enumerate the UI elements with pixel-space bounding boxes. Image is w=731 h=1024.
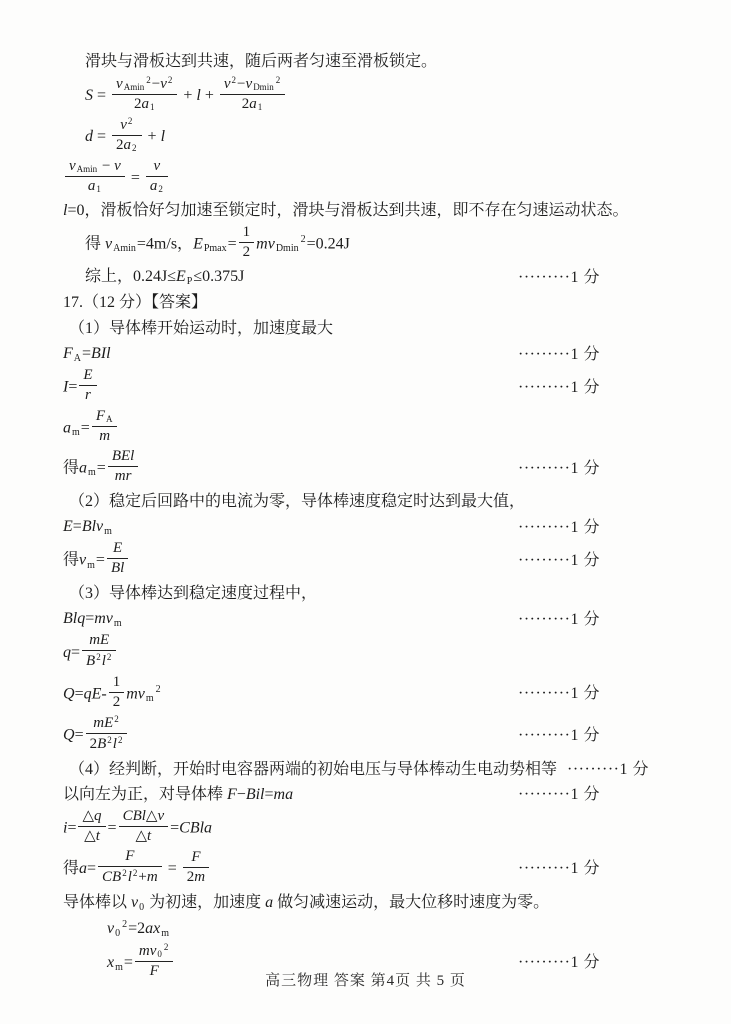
formula-I: I=Er·········1 分	[63, 369, 695, 407]
math-var: Q	[63, 727, 75, 744]
text-run: +	[201, 86, 218, 103]
formula-FA: FA=BIl·········1 分	[63, 343, 695, 366]
math-var: Bl	[111, 560, 124, 576]
line-content: 以向左为正，对导体棒 F−Bil=ma	[63, 784, 293, 806]
math-var: d	[85, 128, 93, 145]
math-var: a	[124, 137, 132, 153]
math-var: E	[176, 268, 186, 285]
math-var: E	[113, 540, 122, 556]
fraction: BElmr	[108, 448, 139, 486]
text-run: △	[82, 808, 94, 824]
text-run: 导体棒以	[63, 894, 131, 911]
line-content: S = vAmin2−v22a1 + l + v2−vDmin22a1	[85, 77, 287, 116]
line-content: （4）经判断，开始时电容器两端的初始电压与导体棒动生电动势相等	[69, 759, 557, 781]
denominator: 2m	[183, 868, 209, 886]
fraction: CBl△v△t	[119, 808, 169, 846]
line-content: 得vm=EBl	[63, 542, 130, 580]
line-content: am=FAm	[63, 410, 119, 448]
text-run: △	[146, 808, 158, 824]
formula-velocity-ratio: vAmin − va1 = va2	[63, 160, 695, 198]
formula-v0: v02=2axm	[63, 918, 695, 941]
text-run: △	[84, 828, 96, 844]
part-4-label: （4）经判断，开始时电容器两端的初始电压与导体棒动生电动势相等·········…	[63, 759, 695, 782]
score-mark: ·········1 分	[518, 858, 600, 880]
numerator: vAmin − v	[65, 158, 125, 177]
subscript: Amin	[77, 164, 98, 174]
formula-vm-result: 得vm=EBl·········1 分	[63, 542, 695, 580]
denominator: a1	[65, 177, 125, 195]
formula-Blq: Blq=mvm·········1 分	[63, 608, 695, 631]
score-mark: ·········1 分	[518, 266, 600, 288]
text-run: =	[81, 419, 90, 436]
numerator: mE	[82, 632, 116, 651]
subscript: m	[87, 560, 95, 571]
numerator: v	[146, 158, 168, 177]
fraction: v2−vDmin22a1	[220, 75, 285, 114]
formula-am: am=FAm	[63, 410, 695, 448]
text-run: −	[237, 786, 246, 803]
line-content: 滑块与滑板达到共速，随后两者匀速至滑板锁定。	[85, 51, 437, 73]
line-content: Blq=mvm	[63, 608, 123, 631]
line-content: d = v22a2 + l	[85, 118, 165, 157]
text-run: 为初速，加速度	[145, 894, 265, 911]
subscript: Dmin	[253, 82, 274, 92]
math-var: a	[79, 459, 87, 476]
numerator: E	[79, 367, 96, 386]
math-var: t	[96, 828, 100, 844]
score-mark: ·········1 分	[518, 458, 600, 480]
formula-i: i=△q△t=CBl△v△t=CBla	[63, 810, 695, 848]
text-run: =	[85, 610, 94, 627]
text-run: =	[67, 819, 76, 836]
line-content: q=mEB2l2	[63, 634, 118, 673]
math-var: v	[120, 117, 127, 133]
text-run: 2	[113, 694, 121, 710]
text-run: 1	[113, 674, 121, 690]
fraction: △q△t	[78, 808, 105, 846]
subscript: A	[106, 414, 113, 424]
line-content: i=△q△t=CBl△v△t=CBla	[63, 810, 212, 848]
math-var: a	[265, 894, 273, 911]
subscript: 0	[115, 928, 120, 939]
math-var: qE	[84, 685, 102, 702]
document-content: 滑块与滑板达到共速，随后两者匀速至滑板锁定。S = vAmin2−v22a1 +…	[63, 48, 695, 985]
subscript: m	[161, 928, 169, 939]
math-var: BEl	[112, 448, 135, 464]
line-content: （1）导体棒开始运动时，加速度最大	[69, 318, 333, 340]
text-run: 2	[116, 137, 124, 153]
superscript: 2	[133, 868, 138, 878]
line-content: 得a=FCB2l2+m = F2m	[63, 850, 211, 889]
line-content: I=Er	[63, 369, 99, 407]
formula-q: q=mEB2l2	[63, 634, 695, 673]
denominator: 2	[109, 693, 125, 711]
formula-d: d = v22a2 + l	[63, 118, 695, 157]
math-var: r	[85, 387, 91, 403]
part-3-label: （3）导体棒达到稳定速度过程中，	[63, 583, 695, 606]
math-var: v	[157, 808, 164, 824]
text-run: 2	[90, 736, 98, 752]
text-run: −	[98, 158, 114, 174]
text-run: =	[93, 128, 110, 145]
text-run: =	[96, 552, 105, 569]
text-run: =4m/s，	[137, 235, 193, 252]
subscript: Dmin	[276, 243, 299, 254]
line-content: l=0，滑板恰好匀加速至锁定时，滑块与滑板达到共速，即不存在匀速运动状态。	[63, 200, 628, 222]
math-var: E	[83, 367, 92, 383]
numerator: vAmin2−v2	[112, 75, 177, 95]
superscript: 2	[122, 919, 127, 930]
math-var: S	[85, 86, 93, 103]
superscript: 2	[118, 735, 123, 745]
text-run: =	[164, 860, 181, 877]
superscript: 2	[168, 75, 173, 85]
numerator: FA	[92, 408, 118, 427]
math-var: a	[79, 860, 87, 877]
denominator: 2a2	[112, 136, 142, 154]
fraction: mE22B2l2	[86, 714, 128, 754]
math-var: CBl	[123, 808, 146, 824]
para-l-zero: l=0，滑板恰好匀加速至锁定时，滑块与滑板达到共速，即不存在匀速运动状态。	[63, 200, 695, 223]
numerator: BEl	[108, 448, 139, 467]
text-run: 得	[85, 235, 105, 252]
math-var: v	[116, 76, 123, 92]
subscript: 1	[96, 184, 101, 194]
formula-S: S = vAmin2−v22a1 + l + v2−vDmin22a1	[63, 77, 695, 116]
fraction: 12	[109, 674, 125, 712]
page-footer: 高三物理 答案 第4页 共 5 页	[0, 969, 731, 990]
formula-Q-energy: Q=qE-12mvm2·········1 分	[63, 676, 695, 714]
numerator: E	[107, 540, 128, 559]
text-run: =	[170, 819, 179, 836]
fraction: EBl	[107, 540, 128, 578]
math-var: l	[102, 653, 106, 669]
text-run: =	[68, 378, 77, 395]
text-run: =	[265, 786, 274, 803]
numerator: F	[183, 849, 209, 868]
text-run: =	[73, 518, 82, 535]
fraction: mEB2l2	[82, 632, 116, 671]
math-var: Blv	[82, 518, 103, 535]
text-run: −	[237, 76, 245, 92]
subscript: P	[187, 276, 193, 287]
math-var: l	[128, 869, 132, 885]
text-run: -	[101, 685, 106, 702]
math-var: l	[161, 128, 165, 145]
math-var: q	[94, 808, 102, 824]
text-run: =	[71, 644, 80, 661]
math-var: mr	[115, 468, 132, 484]
math-var: CB	[102, 869, 121, 885]
superscript: 2	[164, 942, 169, 952]
text-run: （1）导体棒开始运动时，加速度最大	[69, 320, 333, 337]
text-run: =0，滑板恰好匀加速至锁定时，滑块与滑板达到共速，即不存在匀速运动状态。	[67, 202, 628, 219]
math-var: l	[113, 736, 117, 752]
math-var: v	[224, 76, 231, 92]
text-run: 17.（12 分）【答案】	[63, 294, 207, 311]
math-var: x	[107, 954, 114, 971]
text-run: =	[87, 860, 96, 877]
para-decel: 导体棒以 v0 为初速，加速度 a 做匀减速运动，最大位移时速度为零。	[63, 892, 695, 915]
numerator: mE2	[86, 714, 128, 734]
math-var: ax	[145, 920, 160, 937]
superscript: 2	[156, 684, 161, 695]
math-var: mE	[89, 632, 109, 648]
fraction: vAmin2−v22a1	[112, 75, 177, 114]
text-run: 以向左为正，对导体棒	[63, 786, 227, 803]
text-run: =2	[128, 920, 145, 937]
subscript: m	[104, 526, 112, 537]
math-var: v	[131, 894, 138, 911]
superscript: 2	[276, 75, 281, 85]
superscript: 2	[301, 234, 306, 245]
numerator: F	[98, 848, 162, 867]
math-var: v	[107, 920, 114, 937]
fraction: F2m	[183, 849, 209, 887]
math-var: E	[63, 518, 73, 535]
score-mark: ·········1 分	[518, 550, 600, 572]
superscript: 2	[107, 652, 112, 662]
line-content: 导体棒以 v0 为初速，加速度 a 做匀减速运动，最大位移时速度为零。	[63, 892, 549, 915]
denominator: △t	[119, 827, 169, 845]
math-var: mv	[139, 943, 157, 959]
text-run: =	[75, 685, 84, 702]
subscript: Amin	[113, 243, 136, 254]
text-run: −	[152, 76, 160, 92]
math-var: m	[194, 869, 205, 885]
line-content: （3）导体棒达到稳定速度过程中，	[69, 583, 317, 605]
formula-a-result: 得a=FCB2l2+m = F2m·········1 分	[63, 850, 695, 889]
text-run: 1	[243, 224, 251, 240]
denominator: m	[92, 427, 118, 445]
text-run: +	[138, 869, 146, 885]
numerator: mv02	[135, 942, 174, 962]
text-run: △	[135, 828, 147, 844]
math-var: a	[150, 178, 158, 194]
part-1-label: （1）导体棒开始运动时，加速度最大	[63, 318, 695, 341]
text-run: 得	[63, 552, 79, 569]
math-var: v	[69, 158, 76, 174]
math-var: Q	[63, 685, 75, 702]
math-var: mv	[256, 235, 275, 252]
math-var: F	[63, 345, 73, 362]
math-var: v	[154, 158, 161, 174]
subscript: Pmax	[204, 243, 227, 254]
text-run: 滑块与滑板达到共速，随后两者匀速至滑板锁定。	[85, 53, 437, 70]
superscript: 2	[107, 735, 112, 745]
math-var: B	[97, 736, 106, 752]
math-var: t	[147, 828, 151, 844]
score-mark: ·········1 分	[518, 784, 600, 806]
math-var: F	[125, 848, 134, 864]
numerator: v2−vDmin2	[220, 75, 285, 95]
fraction: Er	[79, 367, 96, 405]
math-var: Bil	[246, 786, 265, 803]
text-run: =	[97, 459, 106, 476]
math-var: CBla	[179, 819, 212, 836]
math-var: m	[147, 869, 158, 885]
fraction: va2	[146, 158, 168, 196]
superscript: 2	[122, 868, 127, 878]
fraction: 12	[239, 224, 255, 262]
formula-vamin-result: 得 vAmin=4m/s，EPmax=12mvDmin2=0.24J	[63, 226, 695, 264]
line-content: Q=mE22B2l2	[63, 716, 129, 756]
text-run: =	[124, 954, 133, 971]
text-run: 综上，0.24J≤	[85, 268, 176, 285]
score-mark: ·········1 分	[518, 516, 600, 538]
para-common-speed: 滑块与滑板达到共速，随后两者匀速至滑板锁定。	[63, 51, 695, 74]
numerator: CBl△v	[119, 808, 169, 827]
math-var: a	[63, 419, 71, 436]
fraction: v22a2	[112, 116, 142, 155]
math-var: F	[227, 786, 237, 803]
line-content: v02=2axm	[107, 918, 170, 941]
math-var: v	[114, 158, 121, 174]
para-direction: 以向左为正，对导体棒 F−Bil=ma·········1 分	[63, 784, 695, 807]
question-17-header: 17.（12 分）【答案】	[63, 292, 695, 315]
text-run: =	[82, 345, 91, 362]
denominator: 2B2l2	[86, 734, 128, 753]
math-var: F	[191, 849, 200, 865]
subscript: m	[88, 467, 96, 478]
denominator: mr	[108, 467, 139, 485]
denominator: CB2l2+m	[98, 867, 162, 886]
subscript: 2	[158, 184, 163, 194]
subscript: Amin	[124, 82, 145, 92]
formula-am-result: 得am=BElmr·········1 分	[63, 450, 695, 488]
line-content: FA=BIl	[63, 343, 111, 366]
line-content: vAmin − va1 = va2	[63, 160, 170, 198]
numerator: 1	[239, 224, 255, 243]
text-run: =0.24J	[307, 235, 350, 252]
text-run: =	[75, 727, 84, 744]
formula-Q-result: Q=mE22B2l2·········1 分	[63, 716, 695, 756]
subscript: m	[146, 693, 154, 704]
score-mark: ·········1 分	[518, 608, 600, 630]
superscript: 2	[232, 75, 237, 85]
text-run: 得	[63, 459, 79, 476]
line-content: 得am=BElmr	[63, 450, 140, 488]
math-var: a	[141, 96, 149, 112]
subscript: 2	[132, 143, 137, 153]
denominator: 2	[239, 243, 255, 261]
numerator: v2	[112, 116, 142, 136]
text-run: （3）导体棒达到稳定速度过程中，	[69, 585, 317, 602]
text-run: +	[179, 86, 196, 103]
math-var: v	[79, 552, 86, 569]
math-var: a	[88, 178, 96, 194]
line-content: 综上，0.24J≤EP≤0.375J	[85, 266, 244, 289]
denominator: 2a1	[112, 95, 177, 113]
superscript: 2	[96, 652, 101, 662]
score-mark: ·········1 分	[518, 343, 600, 365]
subscript: 1	[258, 102, 263, 112]
math-var: F	[96, 408, 105, 424]
math-var: mv	[94, 610, 113, 627]
part-2-label: （2）稳定后回路中的电流为零，导体棒速度稳定时达到最大值，	[63, 491, 695, 514]
subscript: A	[74, 353, 81, 364]
math-var: ma	[274, 786, 294, 803]
text-run: 做匀减速运动，最大位移时速度为零。	[273, 894, 549, 911]
line-content: （2）稳定后回路中的电流为零，导体棒速度稳定时达到最大值，	[69, 491, 525, 513]
superscript: 2	[146, 75, 151, 85]
text-run: +	[144, 128, 161, 145]
subscript: m	[72, 427, 80, 438]
math-var: mv	[126, 685, 145, 702]
math-var: E	[193, 235, 203, 252]
text-run: =	[228, 235, 237, 252]
text-run: ≤0.375J	[193, 268, 244, 285]
math-var: q	[63, 644, 71, 661]
line-content: E=Blvm	[63, 516, 113, 539]
answer-sheet-page: 滑块与滑板达到共速，随后两者匀速至滑板锁定。S = vAmin2−v22a1 +…	[0, 0, 731, 1024]
subscript: m	[114, 618, 122, 629]
subscript: 0	[139, 902, 144, 913]
numerator: △q	[78, 808, 105, 827]
score-mark: ·········1 分	[567, 761, 649, 778]
score-mark: ·········1 分	[518, 725, 600, 747]
subscript: 0	[157, 949, 162, 959]
math-var: B	[86, 653, 95, 669]
denominator: Bl	[107, 559, 128, 577]
line-content: 得 vAmin=4m/s，EPmax=12mvDmin2=0.24J	[85, 226, 350, 264]
math-var: BIl	[91, 345, 111, 362]
math-var: m	[99, 428, 110, 444]
score-mark: ·········1 分	[518, 683, 600, 705]
fraction: FAm	[92, 408, 118, 446]
text-run: =	[93, 86, 110, 103]
denominator: 2a1	[220, 95, 285, 113]
math-var: Blq	[63, 610, 85, 627]
text-run: =	[108, 819, 117, 836]
superscript: 2	[128, 116, 133, 126]
formula-E: E=Blvm·········1 分	[63, 516, 695, 539]
para-summary: 综上，0.24J≤EP≤0.375J·········1 分	[63, 266, 695, 289]
math-var: v	[105, 235, 112, 252]
score-mark: ·········1 分	[518, 377, 600, 399]
fraction: vAmin − va1	[65, 158, 125, 196]
numerator: 1	[109, 674, 125, 693]
text-run: （2）稳定后回路中的电流为零，导体棒速度稳定时达到最大值，	[69, 493, 525, 510]
denominator: r	[79, 386, 96, 404]
fraction: FCB2l2+m	[98, 848, 162, 887]
line-content: Q=qE-12mvm2	[63, 676, 162, 714]
math-var: a	[249, 96, 257, 112]
math-var: v	[160, 76, 167, 92]
math-var: v	[246, 76, 253, 92]
denominator: △t	[78, 827, 105, 845]
math-var: mE	[93, 715, 113, 731]
text-run: 2	[243, 244, 251, 260]
text-run: （4）经判断，开始时电容器两端的初始电压与导体棒动生电动势相等	[69, 761, 557, 778]
text-run: =	[127, 169, 144, 186]
superscript: 2	[114, 714, 119, 724]
denominator: a2	[146, 177, 168, 195]
text-run: 得	[63, 860, 79, 877]
subscript: 1	[150, 102, 155, 112]
line-content: 17.（12 分）【答案】	[63, 292, 207, 314]
denominator: B2l2	[82, 651, 116, 670]
